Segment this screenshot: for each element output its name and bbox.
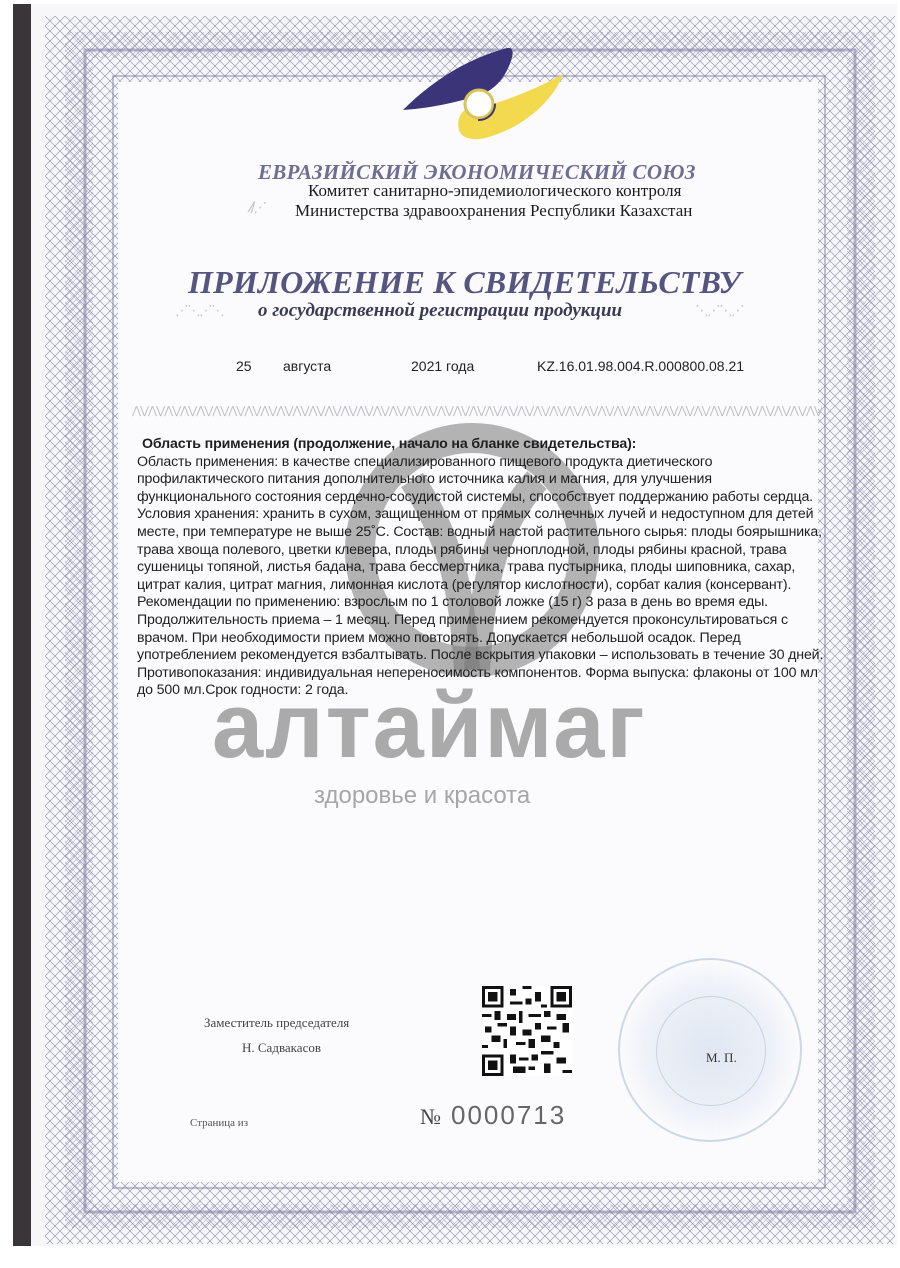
application-scope-text: Область применения (продолжение, начало … xyxy=(137,436,827,700)
committee-name: Комитет санитарно-эпидемиологического ко… xyxy=(308,181,681,201)
scan-edge-shadow-bottom xyxy=(13,1096,31,1246)
faint-mark: ⋱⋰⋱⋰ xyxy=(695,303,743,319)
signer-name: Н. Садвакасов xyxy=(242,1040,321,1056)
eaeu-emblem-icon xyxy=(395,38,575,148)
scope-heading: Область применения (продолжение, начало … xyxy=(137,436,827,454)
document-subtitle: о государственной регистрации продукции xyxy=(258,300,622,322)
watermark-tagline: здоровье и красота xyxy=(314,782,530,810)
faint-mark: ⁄⁄∕⋰ xyxy=(250,200,265,216)
stamp-place-label: М. П. xyxy=(706,1050,737,1066)
signer-position: Заместитель председателя xyxy=(204,1015,349,1031)
page-label: Страница из xyxy=(190,1117,248,1129)
date-day: 25 xyxy=(236,358,252,374)
qr-code-icon xyxy=(482,986,572,1076)
number-sign: № xyxy=(420,1104,441,1129)
scope-body: Область применения: в качестве специализ… xyxy=(137,454,827,700)
date-month: августа xyxy=(283,358,331,374)
date-year: 2021 года xyxy=(411,358,474,374)
watermark-brand: алтаймаг xyxy=(212,680,647,772)
registration-number: KZ.16.01.98.004.R.000800.08.21 xyxy=(537,358,744,374)
document-title: ПРИЛОЖЕНИЕ К СВИДЕТЕЛЬСТВУ xyxy=(188,264,741,301)
faint-mark: ⋰⋱⋰⋱ xyxy=(175,303,223,319)
serial-number: №0000713 xyxy=(420,1100,566,1131)
serial-number-value: 0000713 xyxy=(451,1100,566,1130)
ministry-name: Министерства здравоохранения Республики … xyxy=(295,201,692,221)
scan-edge-shadow xyxy=(13,4,31,1096)
